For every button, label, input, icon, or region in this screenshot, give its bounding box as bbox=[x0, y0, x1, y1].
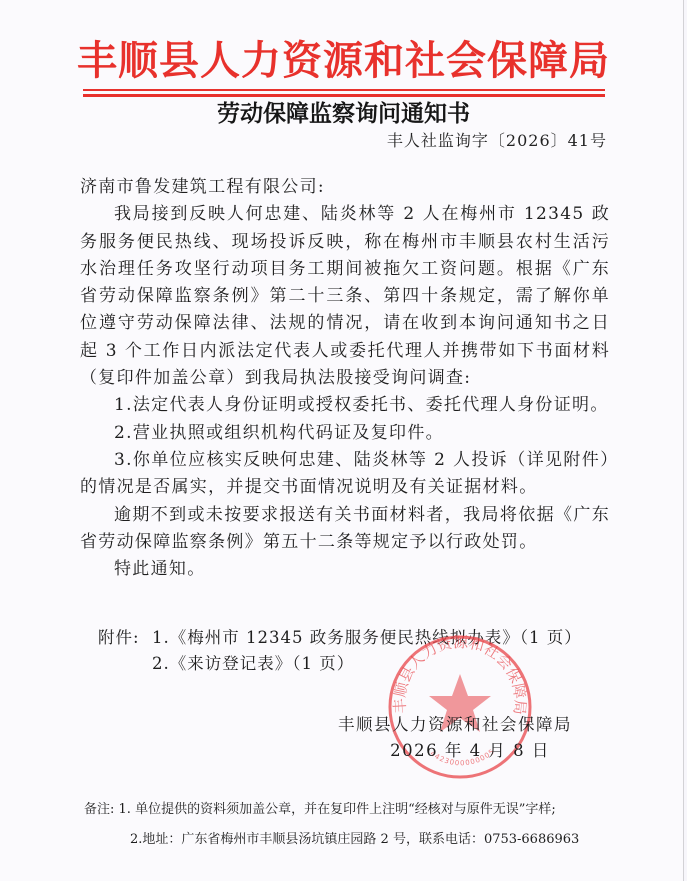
recipient: 济南市鲁发建筑工程有限公司: bbox=[80, 174, 610, 201]
letterhead-rule-thin bbox=[83, 89, 605, 91]
note-item-1: 1. 单位提供的资料须加盖公章，并在复印件上注明“经核对与原件无误”字样; bbox=[119, 802, 556, 817]
required-item-3: 3.你单位应核实反映何忠建、陆炎林等 2 人投诉（详见附件）的情况是否属实，并提… bbox=[80, 447, 610, 502]
attachments-label: 附件: bbox=[98, 625, 152, 651]
signature-date: 2026 年 4 月 8 日 bbox=[305, 738, 605, 764]
document-body: 济南市鲁发建筑工程有限公司: 我局接到反映人何忠建、陆炎林等 2 人在梅州市 1… bbox=[80, 174, 610, 583]
paragraph-inquiry: 我局接到反映人何忠建、陆炎林等 2 人在梅州市 12345 政务服务便民热线、现… bbox=[80, 201, 610, 392]
required-item-2: 2.营业执照或组织机构代码证及复印件。 bbox=[80, 420, 610, 447]
document-title: 劳动保障监察询问通知书 bbox=[0, 99, 687, 129]
paragraph-penalty: 逾期不到或未按要求报送有关书面材料者，我局将依据《广东省劳动保障监察条例》第五十… bbox=[80, 502, 610, 557]
signature-organization: 丰顺县人力资源和社会保障局 bbox=[305, 712, 605, 738]
document-number: 丰人社监询字〔2026〕41号 bbox=[387, 130, 607, 152]
closing: 特此通知。 bbox=[80, 556, 610, 583]
note-item-2: 2.地址：广东省梅州市丰顺县汤坑镇庄园路 2 号，联系电话：0753-66869… bbox=[84, 825, 579, 855]
letterhead-rule-thick bbox=[83, 94, 605, 97]
notes: 备注: 1. 单位提供的资料须加盖公章，并在复印件上注明“经核对与原件无误”字样… bbox=[84, 795, 579, 855]
organization-letterhead: 丰顺县人力资源和社会保障局 bbox=[0, 36, 687, 86]
notes-label: 备注: bbox=[84, 802, 114, 817]
signature-block: 丰顺县人力资源和社会保障局 2026 年 4 月 8 日 bbox=[305, 712, 605, 764]
required-item-1: 1.法定代表人身份证明或授权委托书、委托代理人身份证明。 bbox=[80, 392, 610, 419]
